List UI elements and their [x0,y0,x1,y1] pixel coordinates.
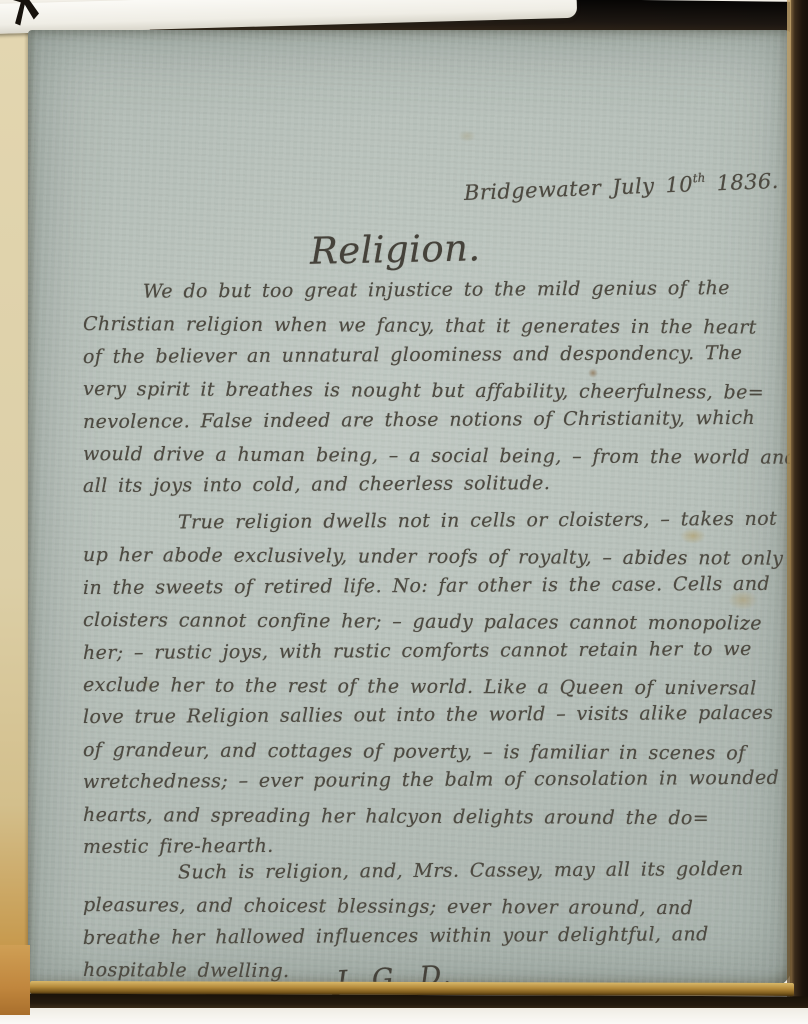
dateline-place-date: Bridgewater July 10 [464,172,694,205]
dateline-ordinal: th [692,171,705,185]
manuscript-line: of the believer an unnatural gloominess … [83,337,789,374]
manuscript-line: her; – rustic joys, with rustic comforts… [83,632,789,669]
backdrop [0,1008,808,1024]
manuscript-line: in the sweets of retired life. No: far o… [83,568,789,605]
manuscript-line: all its joys into cold, and cheerless so… [83,466,789,503]
album-page: Bridgewater July 10th 1836. Religion. We… [28,30,793,988]
manuscript-line: We do but too great injustice to the mil… [83,272,789,309]
dateline: Bridgewater July 10th 1836. [464,168,780,205]
dateline-year: 1836. [705,169,779,196]
manuscript-line: wretchedness; – ever pouring the balm of… [83,762,789,799]
book-cover-right-edge [790,0,808,1010]
paragraph-1: We do but too great injustice to the mil… [83,276,789,503]
book-page-block-edge [0,26,30,1024]
manuscript-line: True religion dwells not in cells or clo… [83,503,789,540]
manuscript-line: breathe her hallowed influences within y… [83,918,789,955]
entry-title: Religion. [310,226,481,273]
paragraph-2: True religion dwells not in cells or clo… [83,507,789,863]
photographed-album-spread: Bridgewater July 10th 1836. Religion. We… [0,0,808,1024]
manuscript-line: Such is religion, and, Mrs. Cassey, may … [83,853,789,890]
manuscript-line: love true Religion sallies out into the … [83,697,789,734]
manuscript-line: nevolence. False indeed are those notion… [83,401,789,438]
page-block-corner [0,945,30,1015]
page-stain [458,130,476,142]
